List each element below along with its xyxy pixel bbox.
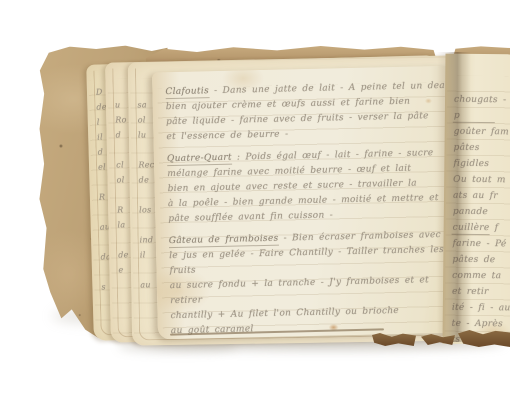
right-page: chougats - p goûter fam pâtes figidles O… [442, 54, 510, 345]
handwriting-lines: le jus en gelée - Faire Chantilly - Tail… [169, 243, 460, 336]
main-page: Clafoutis - Dans une jatte de lait - A p… [152, 66, 461, 340]
recipe-heading: Gâteau de framboises [169, 234, 279, 248]
handwriting-lines: bien ajouter crème et œufs aussi et fari… [166, 94, 456, 146]
recipe-section-gateau-framboises: Gâteau de framboises - Bien écraser fram… [169, 228, 460, 336]
recipe-section-clafoutis: Clafoutis - Dans une jatte de lait - A p… [165, 79, 455, 146]
handwriting-text: - Dans une jatte de lait - A peine tel u… [209, 80, 455, 96]
handwriting-lines: mélange farine avec moitié beurre - œuf … [167, 161, 457, 228]
notebook-photo: D de l il d el R au da s u Ro d cl ol R … [0, 0, 510, 410]
handwriting-lines: chougats - p goûter fam pâtes figidles O… [452, 76, 510, 343]
recipe-section-quatre-quart: Quatre-Quart : Poids égal œuf - lait - f… [167, 146, 458, 228]
handwritten-recipes: Clafoutis - Dans une jatte de lait - A p… [165, 79, 460, 335]
recipe-heading: Quatre-Quart [167, 153, 232, 166]
handwriting-text: : Poids égal œuf - lait - farine - sucre [232, 148, 434, 163]
handwriting-text: - Bien écraser framboises avec [278, 230, 441, 244]
recipe-heading: Clafoutis [165, 86, 209, 99]
